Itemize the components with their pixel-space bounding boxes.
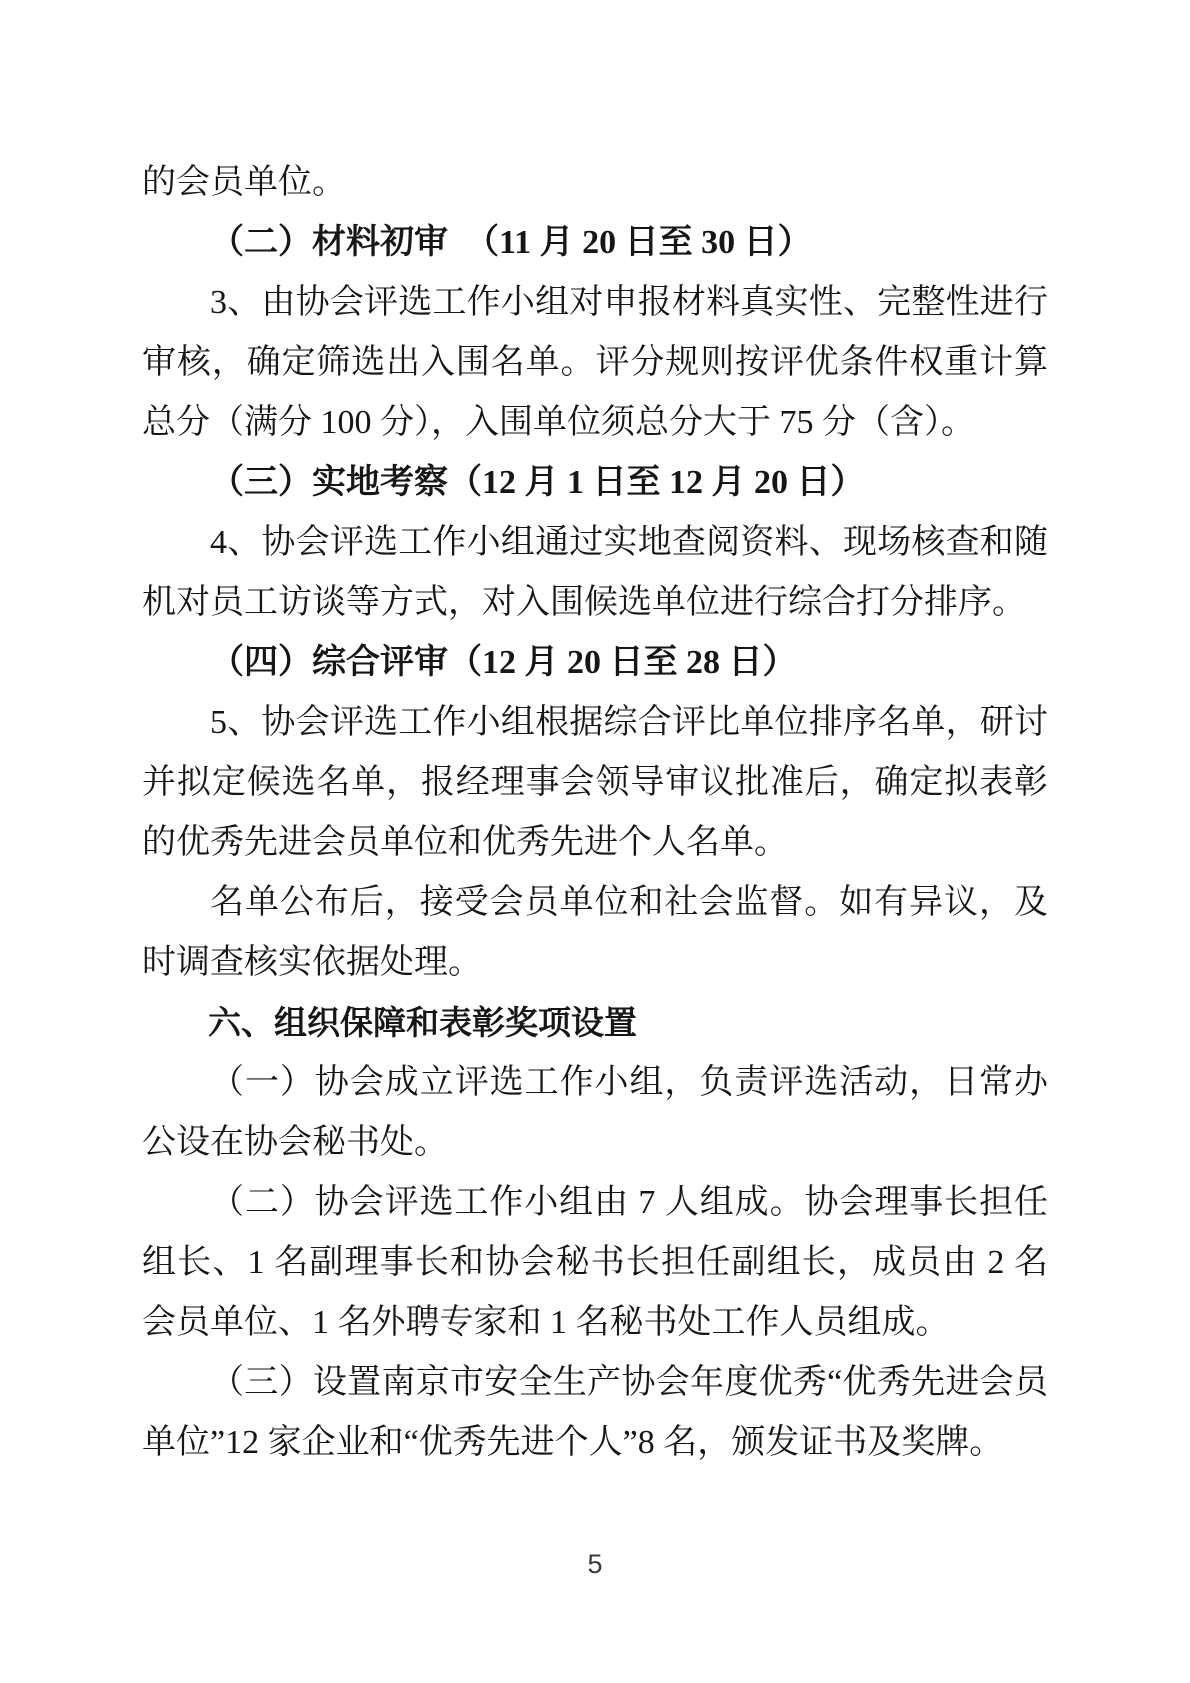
document-body: 的会员单位。 （二）材料初审 （11 月 20 日至 30 日） 3、由协会评选…: [142, 153, 1048, 1473]
paragraph-org-1: （一）协会成立评选工作小组，负责评选活动，日常办公设在协会秘书处。: [142, 1053, 1048, 1173]
section-heading-material-review: （二）材料初审 （11 月 20 日至 30 日）: [142, 213, 1048, 273]
page-number: 5: [0, 1549, 1190, 1579]
paragraph-public-supervision: 名单公布后，接受会员单位和社会监督。如有异议，及时调查核实依据处理。: [142, 873, 1048, 993]
continued-paragraph: 的会员单位。: [142, 153, 1048, 213]
paragraph-item-4: 4、协会评选工作小组通过实地查阅资料、现场核查和随机对员工访谈等方式，对入围候选…: [142, 513, 1048, 633]
chapter-heading-six: 六、组织保障和表彰奖项设置: [142, 993, 1048, 1053]
section-heading-site-inspection: （三）实地考察（12 月 1 日至 12 月 20 日）: [142, 453, 1048, 513]
paragraph-org-3: （三）设置南京市安全生产协会年度优秀“优秀先进会员单位”12 家企业和“优秀先进…: [142, 1353, 1048, 1473]
paragraph-org-2: （二）协会评选工作小组由 7 人组成。协会理事长担任组长、1 名副理事长和协会秘…: [142, 1173, 1048, 1353]
paragraph-item-5: 5、协会评选工作小组根据综合评比单位排序名单，研讨并拟定候选名单，报经理事会领导…: [142, 693, 1048, 873]
document-page: 的会员单位。 （二）材料初审 （11 月 20 日至 30 日） 3、由协会评选…: [0, 0, 1190, 1683]
paragraph-item-3: 3、由协会评选工作小组对申报材料真实性、完整性进行审核，确定筛选出入围名单。评分…: [142, 273, 1048, 453]
section-heading-comprehensive-review: （四）综合评审（12 月 20 日至 28 日）: [142, 633, 1048, 693]
